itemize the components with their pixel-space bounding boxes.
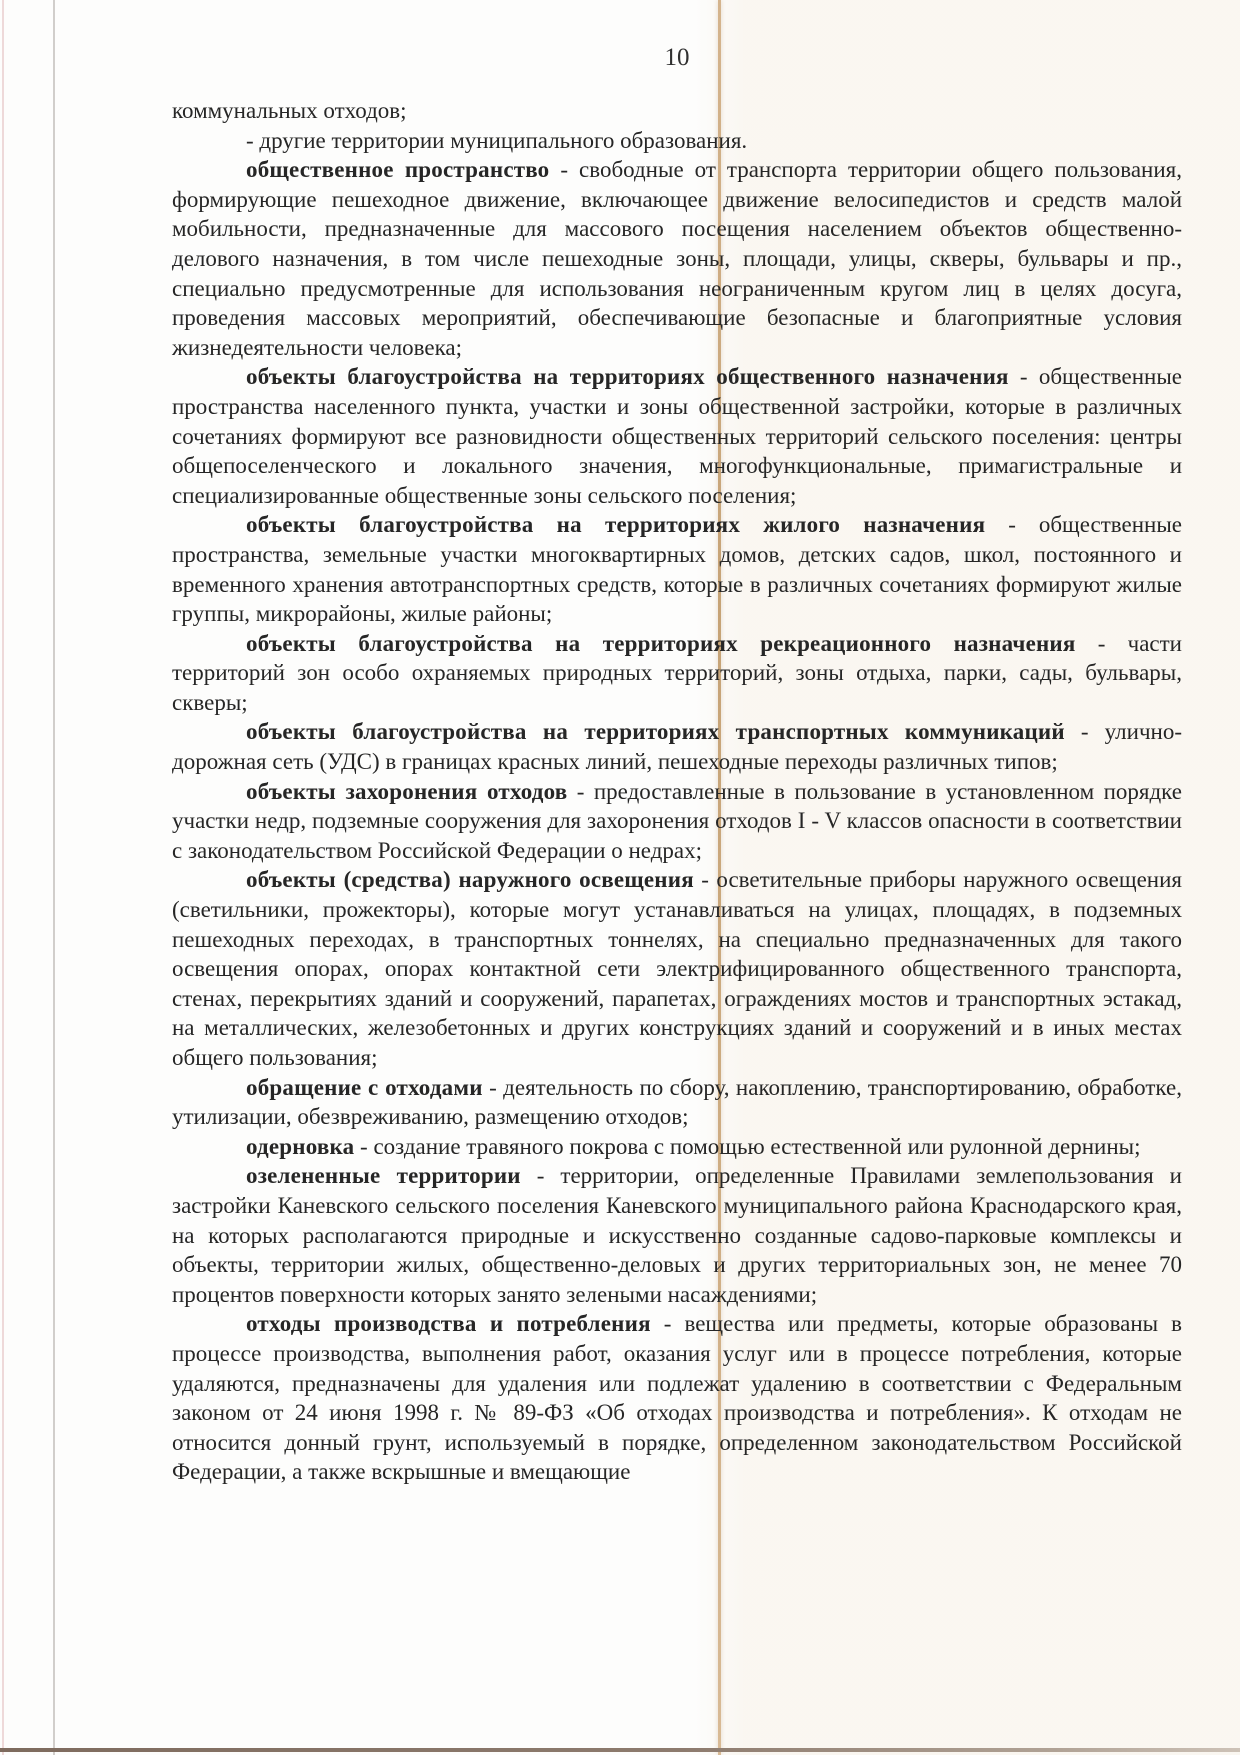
paragraph: общественное пространство - свободные от…: [172, 155, 1182, 362]
term-bold: объекты благоустройства на территориях р…: [246, 631, 1076, 656]
term-bold: общественное пространство: [246, 157, 549, 182]
paragraph-text: - свободные от транспорта территории общ…: [172, 157, 1182, 360]
left-edge-line: [2, 0, 4, 1755]
paragraph: - другие территории муниципального образ…: [172, 126, 1182, 156]
paragraph: отходы производства и потребления - веще…: [172, 1309, 1182, 1487]
bottom-edge-line: [0, 1748, 1240, 1752]
paragraph-text: - осветительные приборы наружного освеще…: [172, 867, 1182, 1070]
text-block: коммунальных отходов; - другие территори…: [172, 96, 1182, 1487]
term-bold: объекты (средства) наружного освещения: [246, 867, 694, 892]
term-bold: одерновка: [246, 1134, 354, 1159]
paper-edge-line: [53, 0, 55, 1755]
term-bold: объекты благоустройства на территориях т…: [246, 719, 1065, 744]
paragraph: объекты (средства) наружного освещения -…: [172, 865, 1182, 1072]
paragraph: коммунальных отходов;: [172, 96, 1182, 126]
paragraph-text: - вещества или предметы, которые образов…: [172, 1311, 1182, 1484]
paragraph: объекты благоустройства на территориях ж…: [172, 510, 1182, 628]
term-bold: объекты захоронения отходов: [246, 779, 567, 804]
paragraph-text: коммунальных отходов;: [172, 98, 407, 123]
paragraph: одерновка - создание травяного покрова с…: [172, 1132, 1182, 1162]
paragraph-text: - создание травяного покрова с помощью е…: [354, 1134, 1140, 1159]
paragraph: озелененные территории - территории, опр…: [172, 1161, 1182, 1309]
page-number: 10: [172, 44, 1182, 72]
term-bold: обращение с отходами: [246, 1075, 483, 1100]
paragraph-text: - другие территории муниципального образ…: [246, 128, 747, 153]
term-bold: объекты благоустройства на территориях о…: [246, 364, 1009, 389]
term-bold: озелененные территории: [246, 1163, 521, 1188]
term-bold: объекты благоустройства на территориях ж…: [246, 512, 985, 537]
paragraph: объекты захоронения отходов - предоставл…: [172, 777, 1182, 866]
paragraph: объекты благоустройства на территориях т…: [172, 717, 1182, 776]
term-bold: отходы производства и потребления: [246, 1311, 651, 1336]
paragraph: объекты благоустройства на территориях о…: [172, 362, 1182, 510]
paragraph: обращение с отходами - деятельность по с…: [172, 1073, 1182, 1132]
scanned-document-page: 10 коммунальных отходов; - другие террит…: [0, 0, 1240, 1755]
paragraph: объекты благоустройства на территориях р…: [172, 629, 1182, 718]
